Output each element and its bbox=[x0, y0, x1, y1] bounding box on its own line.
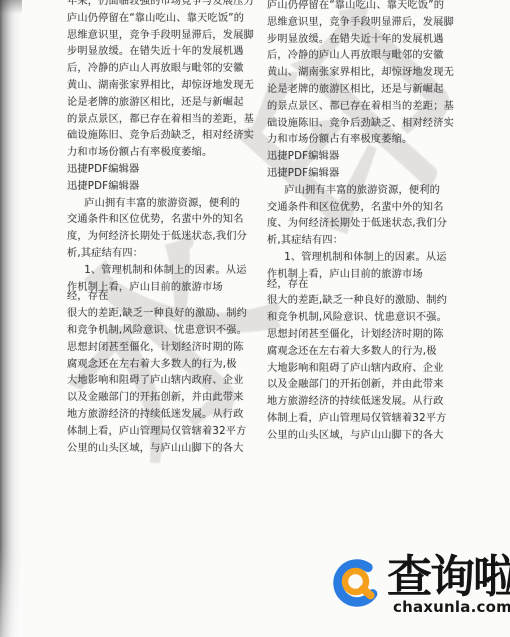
text-line: 思想封闭甚至僵化，计划经济时期的陈 bbox=[267, 327, 454, 344]
text-line: 年来，仍面临较强的市场竞争与发展压力 bbox=[67, 0, 254, 11]
text-line: 度、为何经济长期处于低迷状态,我们分 bbox=[267, 216, 454, 233]
text-line: 很大的差距,缺乏一种良好的激励、制约 bbox=[267, 293, 454, 310]
text-line: 以及金融部门的开拓创新，并由此带来 bbox=[267, 377, 454, 394]
text-line: 公里的山头区域，与庐山山脚下的各大 bbox=[267, 428, 454, 445]
text-line: 迅捷PDF编辑器 bbox=[267, 166, 454, 183]
text-line: 庐山仍停留在“靠山吃山、靠天吃饭”的 bbox=[67, 11, 254, 28]
text-line: 以及金融部门的开拓创新，并由此带来 bbox=[67, 390, 254, 407]
right-text-column: 庐山仍停留在“靠山吃山、靠天吃饭”的思维意识里，竞争手段明显滞后，发展脚步明显放… bbox=[267, 0, 454, 445]
text-line: 腐观念还在左右着大多数人的行为,极 bbox=[267, 344, 454, 361]
text-line: 很大的差距,缺乏一种良好的激励、制约 bbox=[67, 306, 254, 323]
magnifier-logo-icon bbox=[332, 557, 384, 609]
text-line: 思想封闭甚至僵化，计划经济时期的陈 bbox=[67, 340, 254, 357]
text-line: 地方旅游经济的持续低迷发展。从行政 bbox=[267, 394, 454, 411]
text-line: 思维意识里，竞争手段明显滞后，发展脚 bbox=[267, 15, 454, 32]
text-line: 迅捷PDF编辑器 bbox=[67, 162, 254, 179]
text-line: 大地影响和阻碍了庐山辖内政府、企业 bbox=[67, 373, 254, 390]
text-line: 交通条件和区位优势，名蜚中外的知名 bbox=[267, 200, 454, 217]
logo-name: 查询啦 bbox=[387, 551, 509, 603]
text-line: 腐观念还在左右着大多数人的行为,极 bbox=[67, 357, 254, 374]
scan-edge-shadow bbox=[0, 0, 22, 637]
text-line: 的景点景区，都已存在着相当的差距，基 bbox=[67, 112, 254, 129]
text-line: 础设施陈旧、竞争后劲缺乏，相对经济实 bbox=[67, 128, 254, 145]
left-text-column: 年来，仍面临较强的市场竞争与发展压力庐山仍停留在“靠山吃山、靠天吃饭”的思维意识… bbox=[67, 0, 254, 457]
text-line: 交通条件和区位优势，名蜚中外的知名 bbox=[67, 212, 254, 229]
text-line: 的景点景区、都已存在着相当的差距；基 bbox=[267, 99, 454, 116]
text-line: 思维意识里，竞争手段明显滞后，发展脚 bbox=[67, 28, 254, 45]
text-line: 庐山拥有丰富的旅游资源，便利的 bbox=[267, 183, 454, 200]
text-line: 和竞争机制,风险意识、忧患意识不强。 bbox=[267, 310, 454, 327]
logo-domain: chaxunla.com bbox=[393, 598, 510, 616]
text-line: 后，冷静的庐山人再放眼与毗邻的安徽 bbox=[267, 48, 454, 65]
text-line: 论是老牌的旅游区相比，还是与新崛起 bbox=[267, 82, 454, 99]
text-line: 庐山拥有丰富的旅游资源，便利的 bbox=[67, 196, 254, 213]
text-line: 析,其症结有四： bbox=[67, 246, 254, 263]
text-line: 步明显放缓。在错失近十年的发展机遇 bbox=[67, 44, 254, 61]
text-line: 公里的山头区域，与庐山山脚下的各大 bbox=[67, 441, 254, 458]
text-line: 力和市场份额占有率极度萎缩。 bbox=[67, 145, 254, 162]
text-line: 地方旅游经济的持续低迷发展。从行政 bbox=[67, 407, 254, 424]
text-line: 1、管理机制和体制上的因素。从运 bbox=[267, 250, 454, 267]
text-line: 后，冷静的庐山人再放眼与毗邻的安徽 bbox=[67, 61, 254, 78]
text-line: 析,其症结有四： bbox=[267, 233, 454, 250]
text-line: 庐山仍停留在“靠山吃山、靠天吃饭”的 bbox=[267, 0, 454, 15]
text-line: 力和市场份额占有率极度萎缩。 bbox=[267, 132, 454, 149]
text-line: 础设施陈旧、竞争后劲缺乏、相对经济实 bbox=[267, 116, 454, 133]
text-line: 论是老牌的旅游区相比，还是与新崛起 bbox=[67, 95, 254, 112]
text-line: 和竞争机制,风险意识、忧患意识不强。 bbox=[67, 323, 254, 340]
text-line: 步明显放缓。在错失近十年的发展机遇 bbox=[267, 32, 454, 49]
text-line: 体制上看，庐山管理局仅管辖着32平方 bbox=[67, 424, 254, 441]
text-line: 黄山、湖南张家界相比，却惊讶地发现无 bbox=[267, 65, 454, 82]
text-line: 1、管理机制和体制上的因素。从运 bbox=[67, 263, 254, 280]
text-line: 迅捷PDF编辑器 bbox=[267, 149, 454, 166]
text-line: 大地影响和阻碍了庐山辖内政府、企业 bbox=[267, 361, 454, 378]
text-line: 度，为何经济长期处于低迷状态,我们分 bbox=[67, 229, 254, 246]
text-line: 迅捷PDF编辑器 bbox=[67, 179, 254, 196]
text-line: 黄山、湖南张家界相比，却惊讶地发现无 bbox=[67, 78, 254, 95]
text-line: 体制上看，庐山管理局仅管辖着32平方 bbox=[267, 411, 454, 428]
